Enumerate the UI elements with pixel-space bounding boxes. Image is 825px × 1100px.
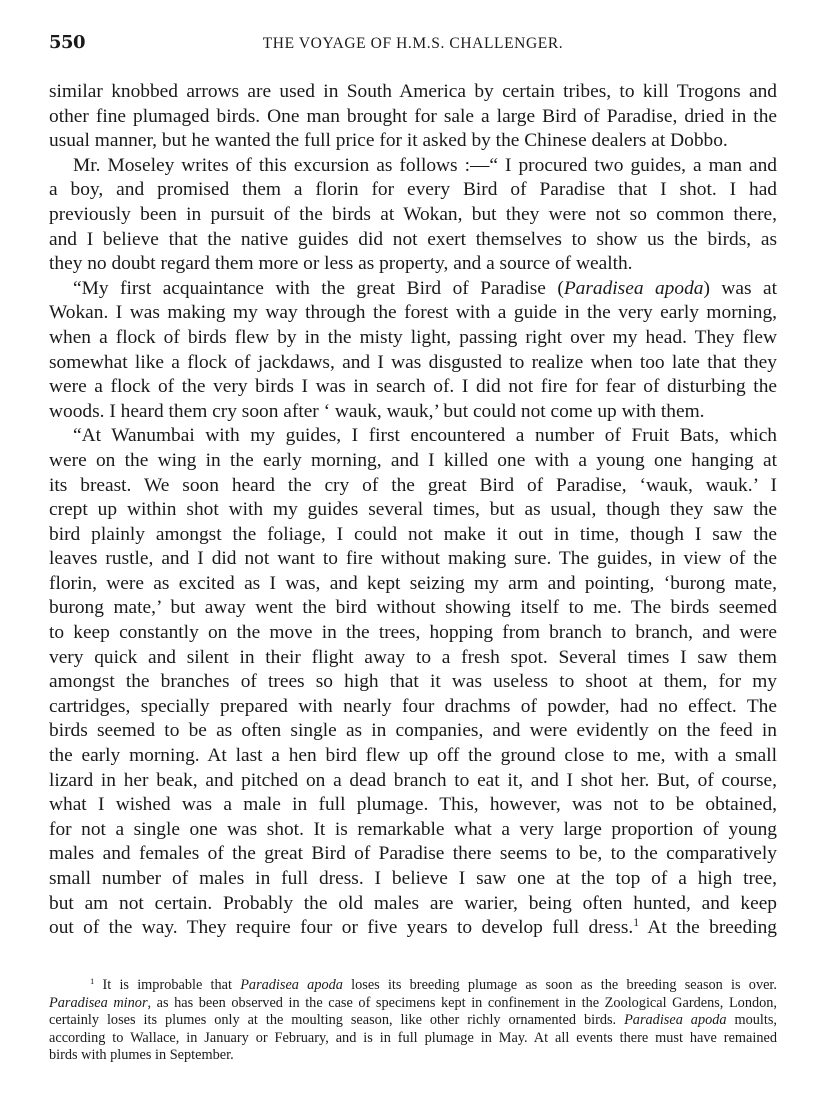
text-line: but am not certain. Probably the old mal…	[49, 892, 777, 917]
text-line: a boy, and promised them a florin for ev…	[49, 178, 777, 203]
text-line: lizard in her beak, and pitched on a dea…	[49, 769, 777, 794]
text-line: for not a single one was shot. It is rem…	[49, 818, 777, 843]
paragraph-start-line: “At Wanumbai with my guides, I first enc…	[49, 424, 777, 449]
text-line: birds seemed to be as often single as in…	[49, 719, 777, 744]
paragraph-start-line: Mr. Moseley writes of this excursion as …	[49, 154, 777, 179]
text-line: previously been in pursuit of the birds …	[49, 203, 777, 228]
text-line: and I believe that the native guides did…	[49, 228, 777, 253]
species-name: Paradisea minor	[49, 995, 148, 1011]
footnote-line: birds with plumes in September.	[49, 1047, 777, 1065]
text-run: out of the way. They require four or fiv…	[49, 917, 633, 938]
text-line: what I wished was a male in full plumage…	[49, 793, 777, 818]
footnote-line: Paradisea minor, as has been observed in…	[49, 995, 777, 1013]
text-line: amongst the branches of trees so high th…	[49, 670, 777, 695]
text-line: similar knobbed arrows are used in South…	[49, 80, 777, 105]
text-run: moults,	[727, 1012, 777, 1028]
page-header: 550 THE VOYAGE OF H.M.S. CHALLENGER.	[49, 32, 777, 56]
footnotes: 1 It is improbable that Paradisea apoda …	[49, 977, 777, 1065]
footnote-line: according to Wallace, in January or Febr…	[49, 1030, 777, 1048]
species-name: Paradisea apoda	[624, 1012, 726, 1028]
running-head: THE VOYAGE OF H.M.S. CHALLENGER.	[49, 35, 777, 53]
text-line: usual manner, but he wanted the full pri…	[49, 129, 777, 154]
text-run: At the breeding	[639, 917, 777, 938]
text-line: cartridges, specially prepared with near…	[49, 695, 777, 720]
text-line: they no doubt regard them more or less a…	[49, 252, 777, 277]
text-run: certainly loses its plumes only at the m…	[49, 1012, 624, 1028]
species-name: Paradisea apoda	[240, 977, 343, 993]
book-page: 550 THE VOYAGE OF H.M.S. CHALLENGER. sim…	[0, 0, 825, 1100]
text-run: “My first acquaintance with the great Bi…	[73, 278, 564, 299]
text-run: ) was at	[703, 278, 777, 299]
text-line: to keep constantly on the move in the tr…	[49, 621, 777, 646]
paragraph-start-line: “My first acquaintance with the great Bi…	[49, 277, 777, 302]
text-line: woods. I heard them cry soon after ‘ wau…	[49, 400, 777, 425]
text-line: the early morning. At last a hen bird fl…	[49, 744, 777, 769]
text-line: out of the way. They require four or fiv…	[49, 916, 777, 941]
text-line: males and females of the great Bird of P…	[49, 842, 777, 867]
text-line: leaves rustle, and I did not want to fir…	[49, 547, 777, 572]
text-line: small number of males in full dress. I b…	[49, 867, 777, 892]
text-line: when a flock of birds flew by in the mis…	[49, 326, 777, 351]
footnote-line: 1 It is improbable that Paradisea apoda …	[49, 977, 777, 995]
text-line: burong mate,’ but away went the bird wit…	[49, 596, 777, 621]
footnote-line: certainly loses its plumes only at the m…	[49, 1012, 777, 1030]
text-line: bird plainly amongst the foliage, I coul…	[49, 523, 777, 548]
text-line: Wokan. I was making my way through the f…	[49, 301, 777, 326]
body-text: similar knobbed arrows are used in South…	[49, 80, 777, 941]
text-run: loses its breeding plumage as soon as th…	[343, 977, 777, 993]
text-line: were a flock of the very birds I was in …	[49, 375, 777, 400]
species-name: Paradisea apoda	[564, 278, 704, 299]
text-line: somewhat like a flock of jackdaws, and I…	[49, 351, 777, 376]
text-line: were on the wing in the early morning, a…	[49, 449, 777, 474]
text-line: other fine plumaged birds. One man broug…	[49, 105, 777, 130]
text-run: , as has been observed in the case of sp…	[148, 995, 777, 1011]
text-run: It is improbable that	[94, 977, 240, 993]
text-line: florin, were as excited as I was, and ke…	[49, 572, 777, 597]
text-line: very quick and silent in their flight aw…	[49, 646, 777, 671]
text-line: its breast. We soon heard the cry of the…	[49, 474, 777, 499]
text-line: crept up within shot with my guides seve…	[49, 498, 777, 523]
